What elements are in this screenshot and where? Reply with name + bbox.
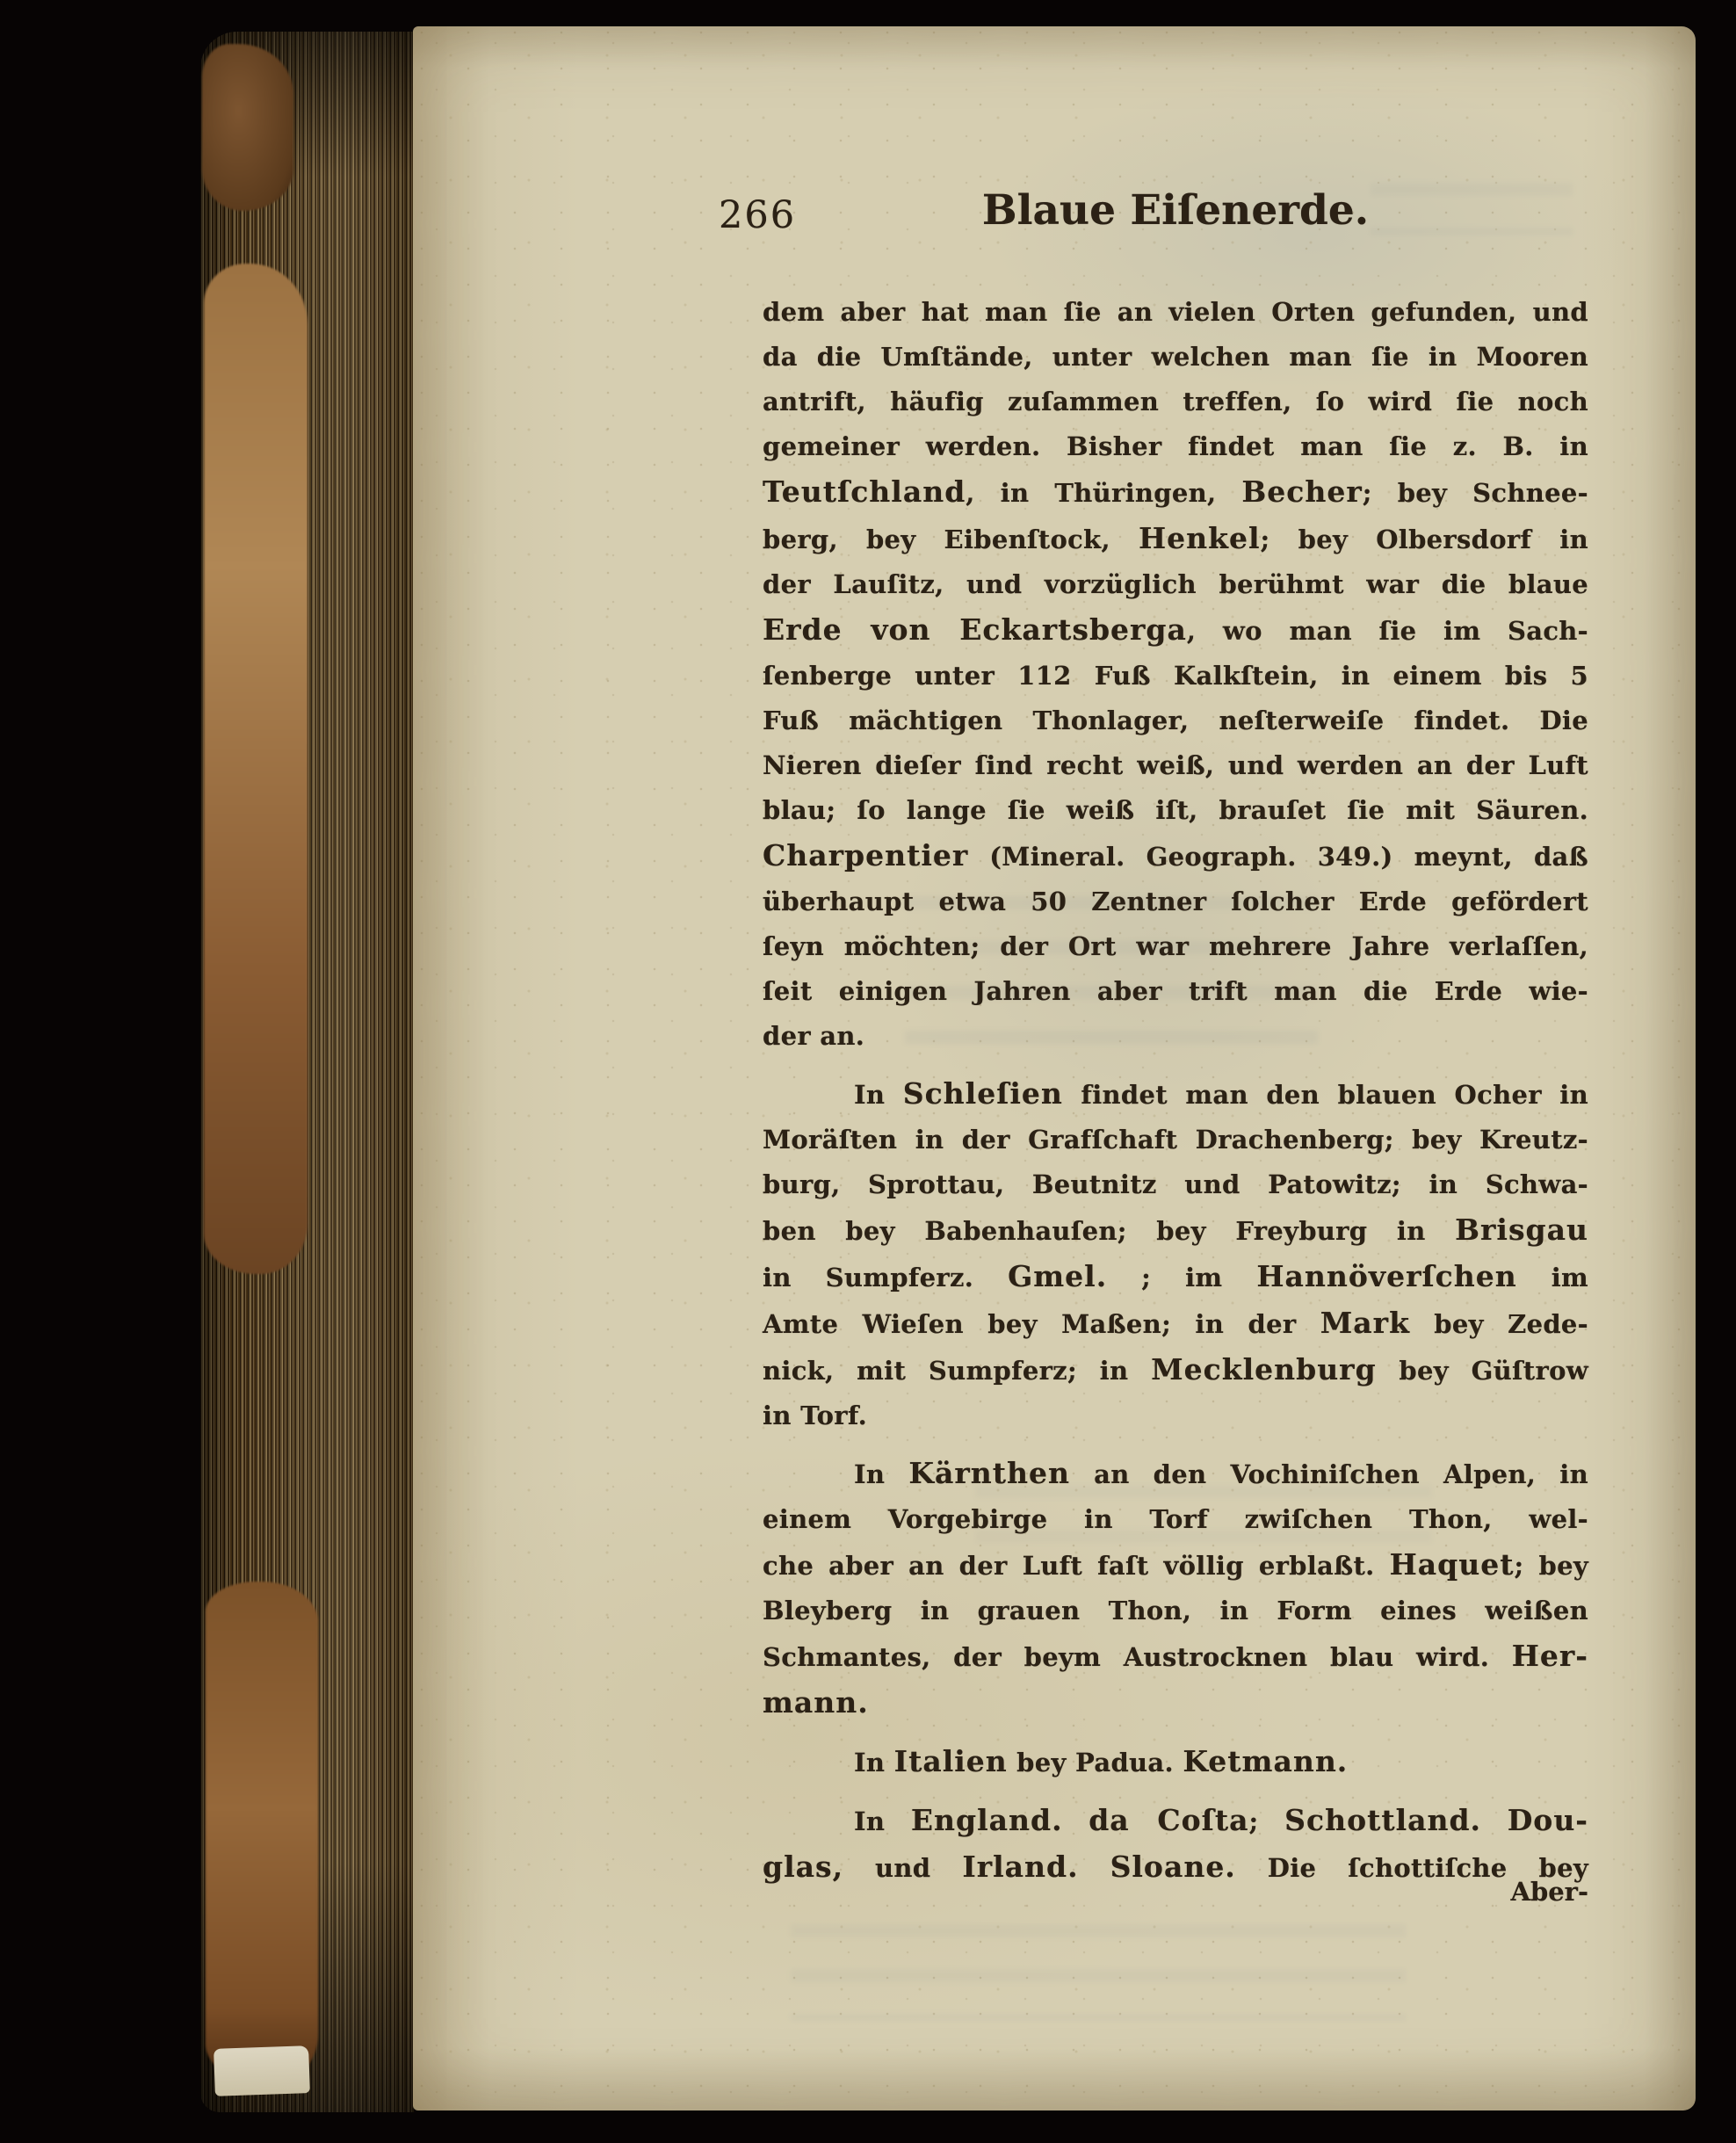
text-line: der Lauſitz, und vorzüglich berühmt war … [763,562,1588,607]
text-line: ſeyn möchten; der Ort war mehrere Jahre … [763,924,1588,969]
text-line: gemeiner werden. Bisher findet man ſie z… [763,424,1588,469]
body-text-segment: nick, mit Sumpferz; in [763,1356,1151,1386]
body-text-segment: in Sumpferz. [763,1263,1008,1292]
emphasized-name: mann. [763,1685,869,1719]
body-text-segment: burg, Sprottau, Beutnitz und Patowitz; i… [763,1169,1588,1199]
text-line: einem Vorgebirge in Torf zwiſchen Thon, … [763,1497,1588,1542]
body-text-segment: In [854,1080,903,1110]
paragraph: In Italien bey Padua. Ketmann. [763,1739,1588,1785]
paragraph: In Schleſien findet man den blauen Ocher… [763,1071,1588,1438]
emphasized-name: Dou- [1508,1803,1588,1837]
ink-bleedthrough [791,1924,1406,2021]
page-number: 266 [719,193,796,237]
body-text-segment: an den Vochiniſchen Alpen, in [1070,1459,1588,1489]
text-line: Moräſten in der Grafſchaft Drachenberg; … [763,1118,1588,1162]
emphasized-name: Becher [1241,474,1362,509]
body-text-segment [1063,1806,1089,1836]
body-text-segment: ſeyn möchten; der Ort war mehrere Jahre … [763,931,1588,961]
text-line: Fuß mächtigen Thonlager, neſterweiſe fin… [763,699,1588,743]
body-text-segment: dem aber hat man ſie an vielen Orten gef… [763,297,1588,327]
body-text-segment: Amte Wieſen bey Maßen; in der [763,1309,1320,1339]
emphasized-name: Gmel. [1008,1259,1107,1293]
body-text-segment: ſenberge unter 112 Fuß Kalkſtein, in ein… [763,661,1588,691]
text-line: Erde von Eckartsberga, wo man ſie im Sac… [763,607,1588,654]
text-line: in Torf. [763,1394,1588,1438]
emphasized-name: Schleſien [903,1076,1063,1111]
text-line: In Kärnthen an den Vochiniſchen Alpen, i… [763,1451,1588,1497]
emphasized-name: England. [911,1803,1063,1837]
body-text-segment: Nieren dieſer ſind recht weiß, und werde… [763,750,1588,780]
text-line: Schmantes, der beym Austrocknen blau wir… [763,1633,1588,1680]
paragraph: dem aber hat man ſie an vielen Orten gef… [763,290,1588,1059]
body-text: dem aber hat man ſie an vielen Orten gef… [763,290,1588,1891]
text-line: der an. [763,1014,1588,1059]
body-text-segment: bey Güſtrow [1377,1356,1588,1386]
text-line: in Sumpferz. Gmel. ; im Hannöverſchen im [763,1254,1588,1300]
text-line: burg, Sprottau, Beutnitz und Patowitz; i… [763,1162,1588,1207]
text-line: che aber an der Luft faſt völlig erblaßt… [763,1542,1588,1589]
body-text-segment: einem Vorgebirge in Torf zwiſchen Thon, … [763,1504,1588,1534]
body-text-segment: überhaupt etwa 50 Zentner ſolcher Erde g… [763,887,1588,916]
body-text-segment: der an. [763,1021,864,1051]
body-text-segment: berg, bey Eibenſtock, [763,525,1139,554]
body-text-segment: , in Thüringen, [966,478,1241,508]
body-text-segment: ſeit einigen Jahren aber trift man die E… [763,976,1588,1006]
running-title: Blaue Eiſenerde. [763,186,1588,235]
text-line: dem aber hat man ſie an vielen Orten gef… [763,290,1588,335]
body-text-segment: gemeiner werden. Bisher findet man ſie z… [763,431,1588,461]
body-text-segment: im [1517,1263,1588,1292]
body-text-segment: ; bey Olbersdorf in [1261,525,1588,554]
text-line: Charpentier (Mineral. Geograph. 349.) me… [763,833,1588,880]
protruding-page-corner [213,2045,310,2096]
text-line: überhaupt etwa 50 Zentner ſolcher Erde g… [763,880,1588,924]
spine-leather-middle [204,264,307,1274]
emphasized-name: Italien [894,1744,1008,1778]
text-line: da die Umſtände, unter welchen man ſie i… [763,335,1588,380]
spine-leather-bottom [206,1582,318,2084]
body-text-segment: bey Padua. [1008,1748,1183,1777]
body-text-segment: ; bey Schnee- [1363,478,1588,508]
text-line: In England. da Coſta; Schottland. Dou- [763,1798,1588,1844]
emphasized-name: Haquet [1390,1547,1515,1582]
emphasized-name: Henkel [1139,521,1261,555]
text-line: In Italien bey Padua. Ketmann. [763,1739,1588,1785]
text-line: Teutſchland, in Thüringen, Becher; bey S… [763,469,1588,516]
text-line: berg, bey Eibenſtock, Henkel; bey Olbers… [763,516,1588,562]
emphasized-name: Her- [1512,1639,1588,1673]
body-text-segment: findet man den blauen Ocher in [1063,1080,1588,1110]
catchword: Aber- [763,1870,1588,1915]
body-text-segment: che aber an der Luft faſt völlig erblaßt… [763,1551,1390,1581]
text-line: In Schleſien findet man den blauen Ocher… [763,1071,1588,1118]
emphasized-name: Mecklenburg [1151,1352,1377,1386]
text-line: Nieren dieſer ſind recht weiß, und werde… [763,743,1588,788]
emphasized-name: Hannöverſchen [1256,1259,1516,1293]
body-text-segment: Fuß mächtigen Thonlager, neſterweiſe fin… [763,706,1588,735]
body-text-segment: blau; ſo lange ſie weiß iſt, brauſet ſie… [763,795,1588,825]
body-text-segment: ; im [1107,1263,1256,1292]
body-text-segment [1481,1806,1508,1836]
body-text-segment: In [854,1806,911,1836]
body-text-segment: ; bey [1514,1551,1588,1581]
body-text-segment: bey Zede- [1410,1309,1588,1339]
text-line: antrift, häufig zuſammen treffen, ſo wir… [763,380,1588,424]
text-line: nick, mit Sumpferz; in Mecklenburg bey G… [763,1347,1588,1394]
body-text-segment: In [854,1459,908,1489]
emphasized-name: Brisgau [1455,1213,1588,1247]
emphasized-name: Teutſchland [763,474,966,509]
paragraph: In Kärnthen an den Vochiniſchen Alpen, i… [763,1451,1588,1727]
emphasized-name: Charpentier [763,838,968,872]
text-line: ſenberge unter 112 Fuß Kalkſtein, in ein… [763,654,1588,699]
body-text-segment: da die Umſtände, unter welchen man ſie i… [763,342,1588,372]
text-line: Bleyberg in grauen Thon, in Form eines w… [763,1589,1588,1633]
emphasized-name: Kärnthen [908,1456,1070,1490]
emphasized-name: Erde von Eckartsberga [763,612,1187,647]
emphasized-name: Mark [1320,1306,1410,1340]
body-text-segment: der Lauſitz, und vorzüglich berühmt war … [763,569,1588,599]
text-line: mann. [763,1680,1588,1727]
body-text-segment: Schmantes, der beym Austrocknen blau wir… [763,1642,1512,1672]
body-text-segment: Bleyberg in grauen Thon, in Form eines w… [763,1596,1588,1625]
body-text-segment: ben bey Babenhauſen; bey Freyburg in [763,1216,1455,1246]
body-text-segment: in Torf. [763,1401,867,1430]
book-page: 266 Blaue Eiſenerde. dem aber hat man ſi… [413,26,1696,2110]
book-scan: { "page": { "number": "266", "header_tit… [0,0,1736,2143]
text-line: Amte Wieſen bey Maßen; in der Mark bey Z… [763,1300,1588,1347]
emphasized-name: Ketmann. [1183,1744,1348,1778]
text-line: ſeit einigen Jahren aber trift man die E… [763,969,1588,1014]
body-text-segment: , wo man ſie im Sach- [1187,616,1588,646]
emphasized-name: Schottland. [1284,1803,1481,1837]
text-line: blau; ſo lange ſie weiß iſt, brauſet ſie… [763,788,1588,833]
body-text-segment: Moräſten in der Grafſchaft Drachenberg; … [763,1125,1588,1155]
body-text-segment: antrift, häufig zuſammen treffen, ſo wir… [763,387,1588,416]
emphasized-name: da Coſta [1089,1803,1248,1837]
spine-leather-top [202,44,293,211]
page-header: 266 Blaue Eiſenerde. [763,186,1588,248]
body-text-segment: In [854,1748,894,1777]
body-text-segment: ; [1249,1806,1285,1836]
text-line: ben bey Babenhauſen; bey Freyburg in Bri… [763,1207,1588,1254]
body-text-segment: (Mineral. Geograph. 349.) meynt, daß [968,842,1588,872]
